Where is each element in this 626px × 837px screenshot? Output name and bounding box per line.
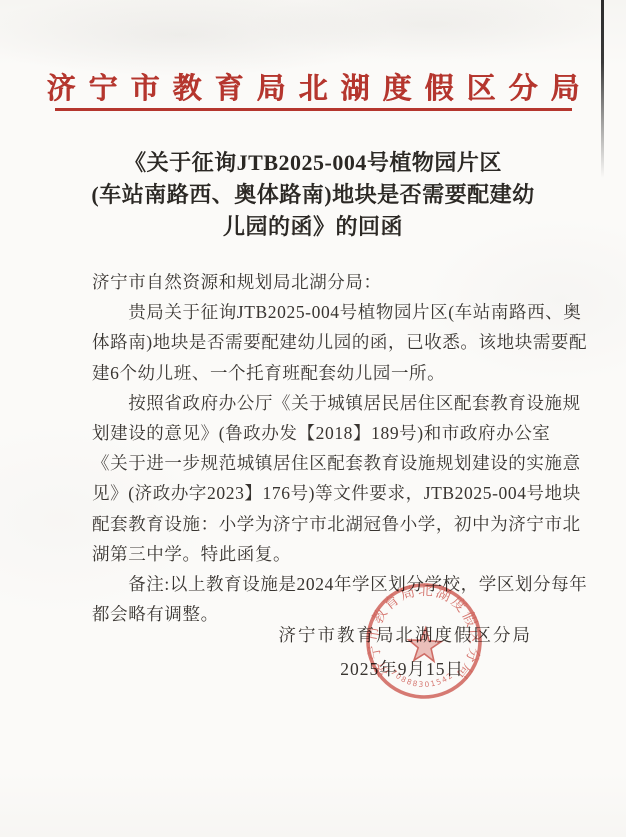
body-line: 体路南)地块是否需要配建幼儿园的函，已收悉。该地块需要配 <box>92 327 554 357</box>
red-star-icon <box>408 627 442 661</box>
scanned-letter-page: 济宁市教育局北湖度假区分局 《关于征询JTB2025-004号植物园片区 (车站… <box>0 0 626 837</box>
letterhead-rule <box>55 108 572 111</box>
body-line: 贵局关于征询JTB2025-004号植物园片区(车站南路西、奥 <box>92 297 554 327</box>
body-line: 建6个幼儿班、一个托育班配套幼儿园一所。 <box>92 358 554 388</box>
document-title-line: 《关于征询JTB2025-004号植物园片区 <box>30 147 596 179</box>
body-line: 划建设的意见》(鲁政办发【2018】189号)和市政府办公室 <box>92 418 554 448</box>
body-line: 按照省政府办公厅《关于城镇居民居住区配套教育设施规 <box>92 388 554 418</box>
letterhead-title: 济宁市教育局北湖度假区分局 <box>0 66 626 107</box>
document-title: 《关于征询JTB2025-004号植物园片区 (车站南路西、奥体路南)地块是否需… <box>30 147 596 243</box>
body-line: 见》(济政办字2023】176号)等文件要求，JTB2025-004号地块 <box>92 478 554 508</box>
document-title-line: (车站南路西、奥体路南)地块是否需要配建幼 <box>30 179 596 211</box>
body-line: 配套教育设施：小学为济宁市北湖冠鲁小学，初中为济宁市北 <box>92 509 554 539</box>
official-seal: 济宁市教育局北湖度假区分局 3708883015421 <box>347 564 500 717</box>
body-line: 湖第三中学。特此函复。 <box>92 539 554 569</box>
document-title-line: 儿园的函》的回函 <box>30 211 596 243</box>
body-line-recipient: 济宁市自然资源和规划局北湖分局： <box>92 267 554 297</box>
body-line: 《关于进一步规范城镇居住区配套教育设施规划建设的实施意 <box>92 448 554 478</box>
